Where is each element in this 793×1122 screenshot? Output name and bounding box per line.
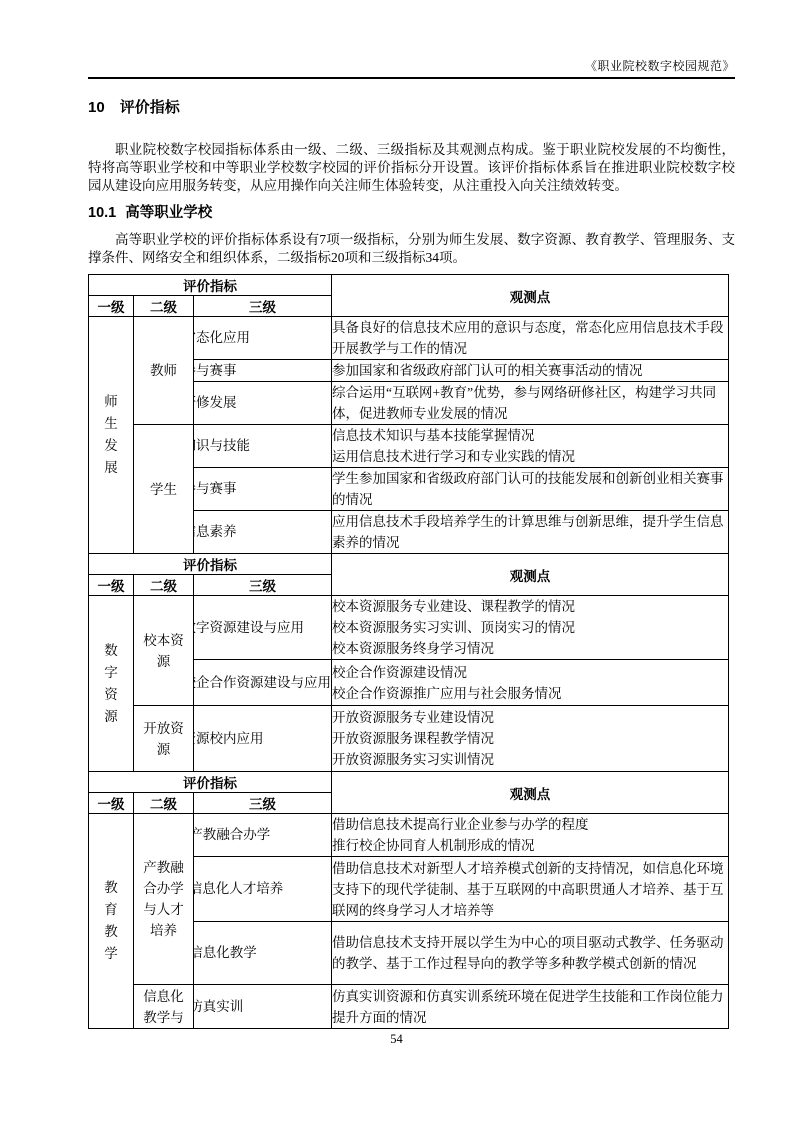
level3-cell: 4. 知识与技能: [194, 425, 332, 468]
table-row: 数 字 资 源 校本资 源 7. 数字资源建设与应用 校本资源服务专业建设、课程…: [89, 596, 729, 660]
table-row: 开放资 源 9. 资源校内应用 开放资源服务专业建设情况 开放资源服务课程教学情…: [89, 706, 729, 772]
table-row: 师 生 发 展 教师 1. 常态化应用 具备良好的信息技术应用的意识与态度，常态…: [89, 317, 729, 360]
table-row: 教 育 教 学 产教融 合办学 与人才 培养 10. 产教融合办学 借助信息技术…: [89, 814, 729, 857]
observation-cell: 借助信息技术对新型人才培养模式创新的支持情况，如信息化环境支持下的现代学徒制、基…: [332, 857, 729, 922]
level3-cell: 13. 仿真实训: [194, 985, 332, 1029]
observation-cell: 开放资源服务专业建设情况 开放资源服务课程教学情况 开放资源服务实习实训情况: [332, 706, 729, 772]
table-row: 信息化 教学与 13. 仿真实训 仿真实训资源和仿真实训系统环境在促进学生技能和…: [89, 985, 729, 1029]
table-header-level3-cell: 三级: [194, 296, 332, 317]
page-header-title: 《职业院校数字校园规范》: [585, 59, 735, 73]
level3-cell: 10. 产教融合办学: [194, 814, 332, 857]
subsection-title: 高等职业学校: [125, 205, 212, 221]
level3-cell: 9. 资源校内应用: [194, 706, 332, 772]
subsection-heading: 10.1高等职业学校: [88, 204, 735, 223]
page-number: 54: [0, 1032, 793, 1047]
table-header-group-cell: 评价指标: [89, 275, 332, 296]
observation-cell: 学生参加国家和省级政府部门认可的技能发展和创新创业相关赛事的情况: [332, 468, 729, 511]
table-row: 学生 4. 知识与技能 信息技术知识与基本技能掌握情况 运用信息技术进行学习和专…: [89, 425, 729, 468]
table-header-group-row: 评价指标 观测点: [89, 275, 729, 296]
table-header-level3-cell: 三级: [194, 575, 332, 596]
observation-cell: 校企合作资源建设情况 校企合作资源推广应用与社会服务情况: [332, 660, 729, 706]
section-number: 10: [88, 99, 105, 116]
level3-cell: 12. 信息化教学: [194, 922, 332, 985]
table-header-group-cell: 评价指标: [89, 772, 332, 793]
level2-cell: 教师: [134, 317, 194, 425]
document-page: 《职业院校数字校园规范》 10评价指标 职业院校数字校园指标体系由一级、二级、三…: [0, 0, 793, 1122]
section-paragraph: 职业院校数字校园指标体系由一级、二级、三级指标及其观测点构成。鉴于职业院校发展的…: [88, 141, 735, 195]
observation-cell: 参加国家和省级政府部门认可的相关赛事活动的情况: [332, 360, 729, 382]
table-header-group-row: 评价指标 观测点: [89, 554, 729, 575]
table-header-observation-cell: 观测点: [332, 554, 729, 596]
table-header-group-cell: 评价指标: [89, 554, 332, 575]
table-header-observation-cell: 观测点: [332, 772, 729, 814]
table-header-observation-cell: 观测点: [332, 275, 729, 317]
observation-cell: 借助信息技术提高行业企业参与办学的程度 推行校企协同育人机制形成的情况: [332, 814, 729, 857]
level3-cell: 2. 参与赛事: [194, 360, 332, 382]
level1-cell: 教 育 教 学: [89, 814, 134, 1029]
level2-cell: 学生: [134, 425, 194, 554]
indicator-table: 评价指标 观测点 一级 二级 三级 师 生 发 展 教师 1. 常态化应用 具备…: [88, 274, 729, 1029]
table-header-level2-cell: 二级: [134, 575, 194, 596]
page-header: 《职业院校数字校园规范》: [88, 57, 735, 79]
level3-cell: 7. 数字资源建设与应用: [194, 596, 332, 660]
level3-cell: 1. 常态化应用: [194, 317, 332, 360]
level2-cell: 信息化 教学与: [134, 985, 194, 1029]
level2-cell: 校本资 源: [134, 596, 194, 706]
table-header-level2-cell: 二级: [134, 296, 194, 317]
level1-cell: 数 字 资 源: [89, 596, 134, 772]
table-header-level1-cell: 一级: [89, 575, 134, 596]
observation-cell: 信息技术知识与基本技能掌握情况 运用信息技术进行学习和专业实践的情况: [332, 425, 729, 468]
observation-cell: 借助信息技术支持开展以学生为中心的项目驱动式教学、任务驱动的教学、基于工作过程导…: [332, 922, 729, 985]
observation-cell: 应用信息技术手段培养学生的计算思维与创新思维，提升学生信息素养的情况: [332, 511, 729, 554]
table-header-level1-cell: 一级: [89, 296, 134, 317]
table-header-group-row: 评价指标 观测点: [89, 772, 729, 793]
table-header-level1-cell: 一级: [89, 793, 134, 814]
observation-cell: 综合运用“互联网+教育”优势，参与网络研修社区，构建学习共同体，促进教师专业发展…: [332, 382, 729, 425]
observation-cell: 具备良好的信息技术应用的意识与态度，常态化应用信息技术手段开展教学与工作的情况: [332, 317, 729, 360]
subsection-number: 10.1: [88, 205, 116, 221]
level3-cell: 8. 校企合作资源建设与应用: [194, 660, 332, 706]
level3-cell: 11. 信息化人才培养: [194, 857, 332, 922]
table-header-level2-cell: 二级: [134, 793, 194, 814]
level1-cell: 师 生 发 展: [89, 317, 134, 554]
section-title: 评价指标: [120, 99, 180, 116]
observation-cell: 仿真实训资源和仿真实训系统环境在促进学生技能和工作岗位能力提升方面的情况: [332, 985, 729, 1029]
level2-cell: 产教融 合办学 与人才 培养: [134, 814, 194, 985]
observation-cell: 校本资源服务专业建设、课程教学的情况 校本资源服务实习实训、顶岗实习的情况 校本…: [332, 596, 729, 660]
level3-cell: 3. 研修发展: [194, 382, 332, 425]
table-header-level3-cell: 三级: [194, 793, 332, 814]
level2-cell: 开放资 源: [134, 706, 194, 772]
level3-cell: 5. 参与赛事: [194, 468, 332, 511]
section-heading: 10评价指标: [88, 98, 735, 117]
level3-cell: 6. 信息素养: [194, 511, 332, 554]
subsection-paragraph: 高等职业学校的评价指标体系设有7项一级指标，分别为师生发展、数字资源、教育教学、…: [88, 231, 735, 267]
